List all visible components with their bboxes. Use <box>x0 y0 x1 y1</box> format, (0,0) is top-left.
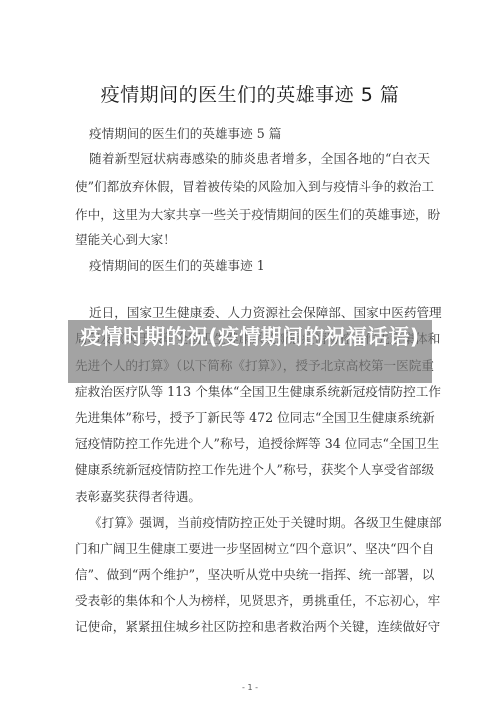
caption-overlay-banner: 疫情时期的祝(疫情期间的祝福话语) <box>68 320 432 383</box>
body-line: 表彰嘉奖获得者待遇。 <box>75 489 430 505</box>
body-line: 疫情期间的医生们的英雄事迹 1 <box>89 258 430 274</box>
body-line: 疫情期间的医生们的英雄事迹 5 篇 <box>89 126 430 142</box>
document-page: 疫情期间的医生们的英雄事迹 5 篇 疫情期间的医生们的英雄事迹 5 篇随着新型冠… <box>0 0 500 706</box>
caption-overlay-text: 疫情时期的祝(疫情期间的祝福话语) <box>68 324 432 350</box>
body-line: 使”们都放弃休假，冒着被传染的风险加入到与疫情斗争的救治工 <box>75 179 430 195</box>
body-line: 《打算》强调，当前疫情防控正处于关键时期。各级卫生健康部 <box>89 515 430 531</box>
body-line: 冠疫情防控工作先进个人”称号，追授徐辉等 34 位同志“全国卫生 <box>75 436 430 452</box>
body-line: 门和广阔卫生健康工要进一步坚固树立“四个意识”、坚决“四个自 <box>75 541 430 557</box>
body-line: 记使命，紧紧扭住城乡社区防控和患者救治两个关键，连续做好守 <box>75 619 430 635</box>
body-line: 先进集体”称号，授予丁新民等 472 位同志“全国卫生健康系统新 <box>75 410 430 426</box>
body-line: 信”、做到“两个维护”，坚决听从党中央统一指挥、统一部署，以 <box>75 567 430 583</box>
page-number: - 1 - <box>0 683 500 692</box>
body-line: 作中，这里为大家共享一些关于疫情期间的医生们的英雄事迹，盼 <box>75 207 430 223</box>
body-line: 望能关心到大家！ <box>75 232 430 248</box>
body-line: 症救治医疗队等 113 个集体“全国卫生健康系统新冠疫情防控工作 <box>75 384 430 400</box>
body-line: 随着新型冠状病毒感染的肺炎患者增多，全国各地的“白衣天 <box>89 151 430 167</box>
document-title: 疫情期间的医生们的英雄事迹 5 篇 <box>0 80 500 107</box>
body-line: 健康系统新冠疫情防控工作先进个人”称号，获奖个人享受省部级 <box>75 462 430 478</box>
body-line: 近日，国家卫生健康委、人力资源社会保障部、国家中医药管理 <box>89 305 430 321</box>
body-line: 受表彰的集体和个人为榜样，见贤思齐，勇挑重任，不忘初心，牢 <box>75 593 430 609</box>
